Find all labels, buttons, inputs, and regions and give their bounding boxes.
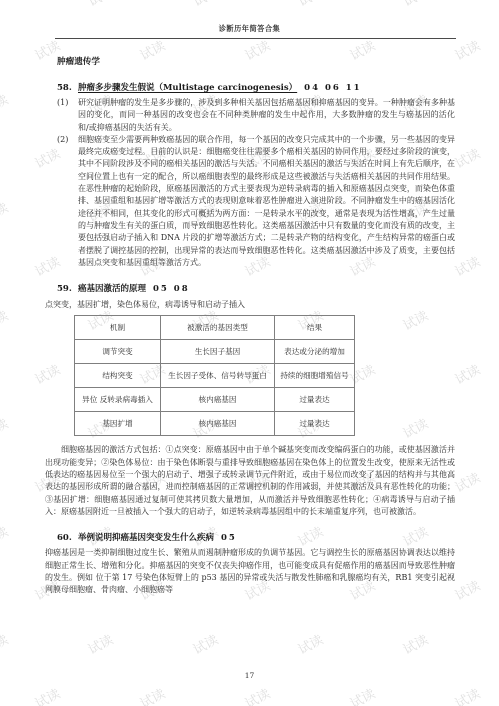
header-title: 诊断历年简答合集 [0,0,499,34]
answer-point-1: (1) 研究证明肿瘤的发生是多步骤的，涉及到多种相关基因包括癌基因和抑癌基因的变… [45,97,455,134]
point-text: 细胞癌变至少需要两种致癌基因的联合作用，每一个基因的改变只完成其中的一个步骤，另… [78,134,455,269]
watermark-text: 试读 [294,629,326,658]
watermark-text: 试读 [346,683,378,706]
answer-paragraph: 细胞癌基因的激活方式包括：①点突变：原癌基因中由于单个碱基突变而改变编码蛋白的功… [45,444,455,518]
table-cell: 过量表达 [275,388,355,412]
table-row: 结构突变 生长因子受体、信号转导蛋白 持续的细胞增殖信号 [75,364,355,388]
question-years: 05 [221,533,237,544]
question-item-58: 58. 肿瘤多步骤发生假说（Multistage carcinogenesis）… [45,83,455,269]
point-marker: (1) [45,97,78,134]
page-footer: 17 [0,671,499,680]
page-number: 17 [245,671,255,680]
answer-paragraph: 抑癌基因是一类抑制细胞过度生长、繁殖从而遏制肿瘤形成的负调节基因。它与调控生长的… [45,547,455,596]
answer-intro: 点突变，基因扩增，染色体易位，病毒诱导和启动子插入 [45,299,455,311]
question-title: 癌基因激活的原理 [78,284,146,295]
watermark-text: 试读 [31,683,63,706]
watermark-text: 试读 [189,629,221,658]
question-58-heading: 58. 肿瘤多步骤发生假说（Multistage carcinogenesis）… [57,83,455,94]
table-row: 基因扩增 核内癌基因 过量表达 [75,412,355,436]
point-text: 研究证明肿瘤的发生是多步骤的，涉及到多种相关基因包括癌基因和抑癌基因的变异。一种… [78,97,455,134]
table-cell: 生长因子受体、信号转导蛋白 [161,364,275,388]
table-cell: 结构突变 [75,364,161,388]
table-cell: 过量表达 [275,412,355,436]
table-cell: 调节突变 [75,340,161,364]
watermark-text: 试读 [84,629,116,658]
document-page: 试读试读试读试读试读试读试读试读试读试读试读试读试读试读试读试读试读试读试读试读… [0,0,499,706]
table-cell: 基因扩增 [75,412,161,436]
table-cell: 异位 反转录病毒插入 [75,388,161,412]
point-marker: (2) [45,134,78,269]
table-header-cell: 结果 [275,316,355,340]
question-years: 05 08 [153,284,190,295]
question-item-59: 59. 癌基因激活的原理 05 08 点突变，基因扩增，染色体易位，病毒诱导和启… [45,284,455,518]
question-years: 04 06 11 [304,83,361,94]
watermark-text: 试读 [399,629,431,658]
question-title: 肿瘤多步骤发生假说（Multistage carcinogenesis） [78,83,297,94]
question-item-60: 60. 举例说明抑癌基因突变发生什么疾病 05 抑癌基因是一类抑制细胞过度生长、… [45,533,455,596]
watermark-text: 试读 [451,683,483,706]
watermark-text: 试读 [0,629,11,658]
table-cell: 生长因子基因 [161,340,275,364]
question-title: 举例说明抑癌基因突变发生什么疾病 [78,533,214,544]
page-content: 肿瘤遗传学 58. 肿瘤多步骤发生假说（Multistage carcinoge… [0,57,499,596]
table-header-cell: 被激活的基因类型 [161,316,275,340]
table-header-row: 机制 被激活的基因类型 结果 [75,316,355,340]
question-number: 59. [57,284,78,295]
table-cell: 核内癌基因 [161,388,275,412]
section-title: 肿瘤遗传学 [57,57,455,68]
table-cell: 持续的细胞增殖信号 [275,364,355,388]
table-row: 异位 反转录病毒插入 核内癌基因 过量表达 [75,388,355,412]
table-cell: 表达或分泌的增加 [275,340,355,364]
question-number: 60. [57,533,78,544]
watermark-text: 试读 [241,683,273,706]
answer-point-2: (2) 细胞癌变至少需要两种致癌基因的联合作用，每一个基因的改变只完成其中的一个… [45,134,455,269]
table-row: 调节突变 生长因子基因 表达或分泌的增加 [75,340,355,364]
page-header: 诊断历年简答合集 [0,0,499,39]
watermark-text: 试读 [136,683,168,706]
question-60-heading: 60. 举例说明抑癌基因突变发生什么疾病 05 [57,533,455,544]
table-header-cell: 机制 [75,316,161,340]
oncogene-activation-table: 机制 被激活的基因类型 结果 调节突变 生长因子基因 表达或分泌的增加 结构突变… [74,315,355,436]
question-59-heading: 59. 癌基因激活的原理 05 08 [57,284,455,295]
table-cell: 核内癌基因 [161,412,275,436]
question-number: 58. [57,83,78,94]
header-divider [55,38,456,39]
